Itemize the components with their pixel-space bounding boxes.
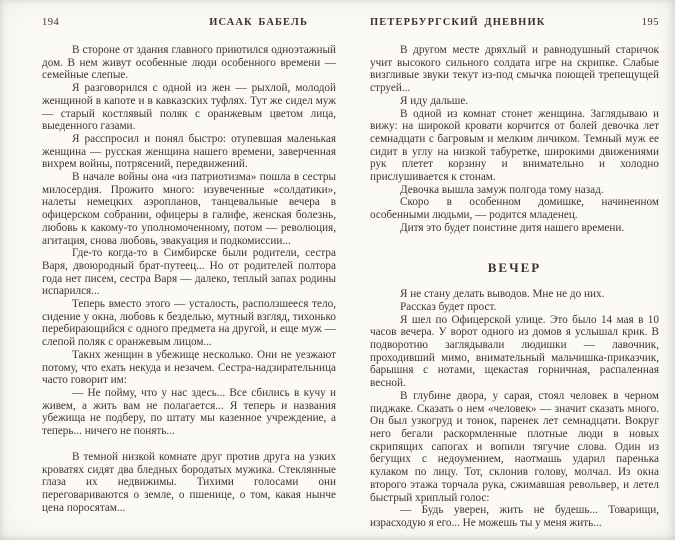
page-left: 194 ИСААК БАБЕЛЬ В стороне от здания гла… [42,0,336,514]
paragraph: Где-то когда-то в Симбирске были родител… [42,247,336,298]
page-left-body: В стороне от здания главного приютился о… [42,44,336,514]
paragraph: Теперь вместо этого — усталость, располз… [42,298,336,349]
paragraph: Я не стану делать выводов. Мне не до них… [370,288,659,301]
page-number-left: 194 [42,16,59,30]
page-right-body: В другом месте дряхлый и равнодушный ста… [370,44,659,530]
paragraph: В темной низкой комнате друг против друг… [42,451,336,515]
page-number-right: 195 [642,16,659,30]
paragraph: Скоро в особенном домишке, начиненном ос… [370,196,659,221]
running-head-title: ПЕТЕРБУРГСКИЙ ДНЕВНИК [370,16,545,30]
paragraph-dialogue: — Будь уверен, жить не будешь... Товарищ… [370,504,659,529]
page-left-header: 194 ИСААК БАБЕЛЬ [42,16,336,30]
page-right-header: ПЕТЕРБУРГСКИЙ ДНЕВНИК 195 [370,16,659,30]
paragraph: В глубине двора, у сарая, стоял человек … [370,390,659,504]
paragraph: Таких женщин в убежище несколько. Они не… [42,349,336,387]
paragraph: Дитя это будет поистине дитя нашего врем… [370,222,659,235]
paragraph-dialogue: — Не пойму, что у нас здесь... Все сбили… [42,387,336,438]
section-heading-vecher: ВЕЧЕР [370,262,659,275]
paragraph: Рассказ будет прост. [370,301,659,314]
paragraph: В другом месте дряхлый и равнодушный ста… [370,44,659,95]
paragraph: Я шел по Офицерской улице. Это было 14 м… [370,314,659,390]
book-scan: 194 ИСААК БАБЕЛЬ В стороне от здания гла… [0,0,675,540]
paragraph: Я иду дальше. [370,95,659,108]
paragraph: В одной из комнат стонет женщина. Загляд… [370,108,659,184]
paragraph: Девочка вышла замуж полгода тому назад. [370,184,659,197]
paragraph: В стороне от здания главного приютился о… [42,44,336,82]
paragraph: В начале войны она «из патриотизма» пошл… [42,171,336,247]
paragraph: Я разговорился с одной из жен — рыхлой, … [42,82,336,133]
paragraph: Я расспросил и понял быстро: отупевшая м… [42,133,336,171]
page-right: ПЕТЕРБУРГСКИЙ ДНЕВНИК 195 В другом месте… [370,0,659,530]
running-head-author: ИСААК БАБЕЛЬ [209,16,308,30]
